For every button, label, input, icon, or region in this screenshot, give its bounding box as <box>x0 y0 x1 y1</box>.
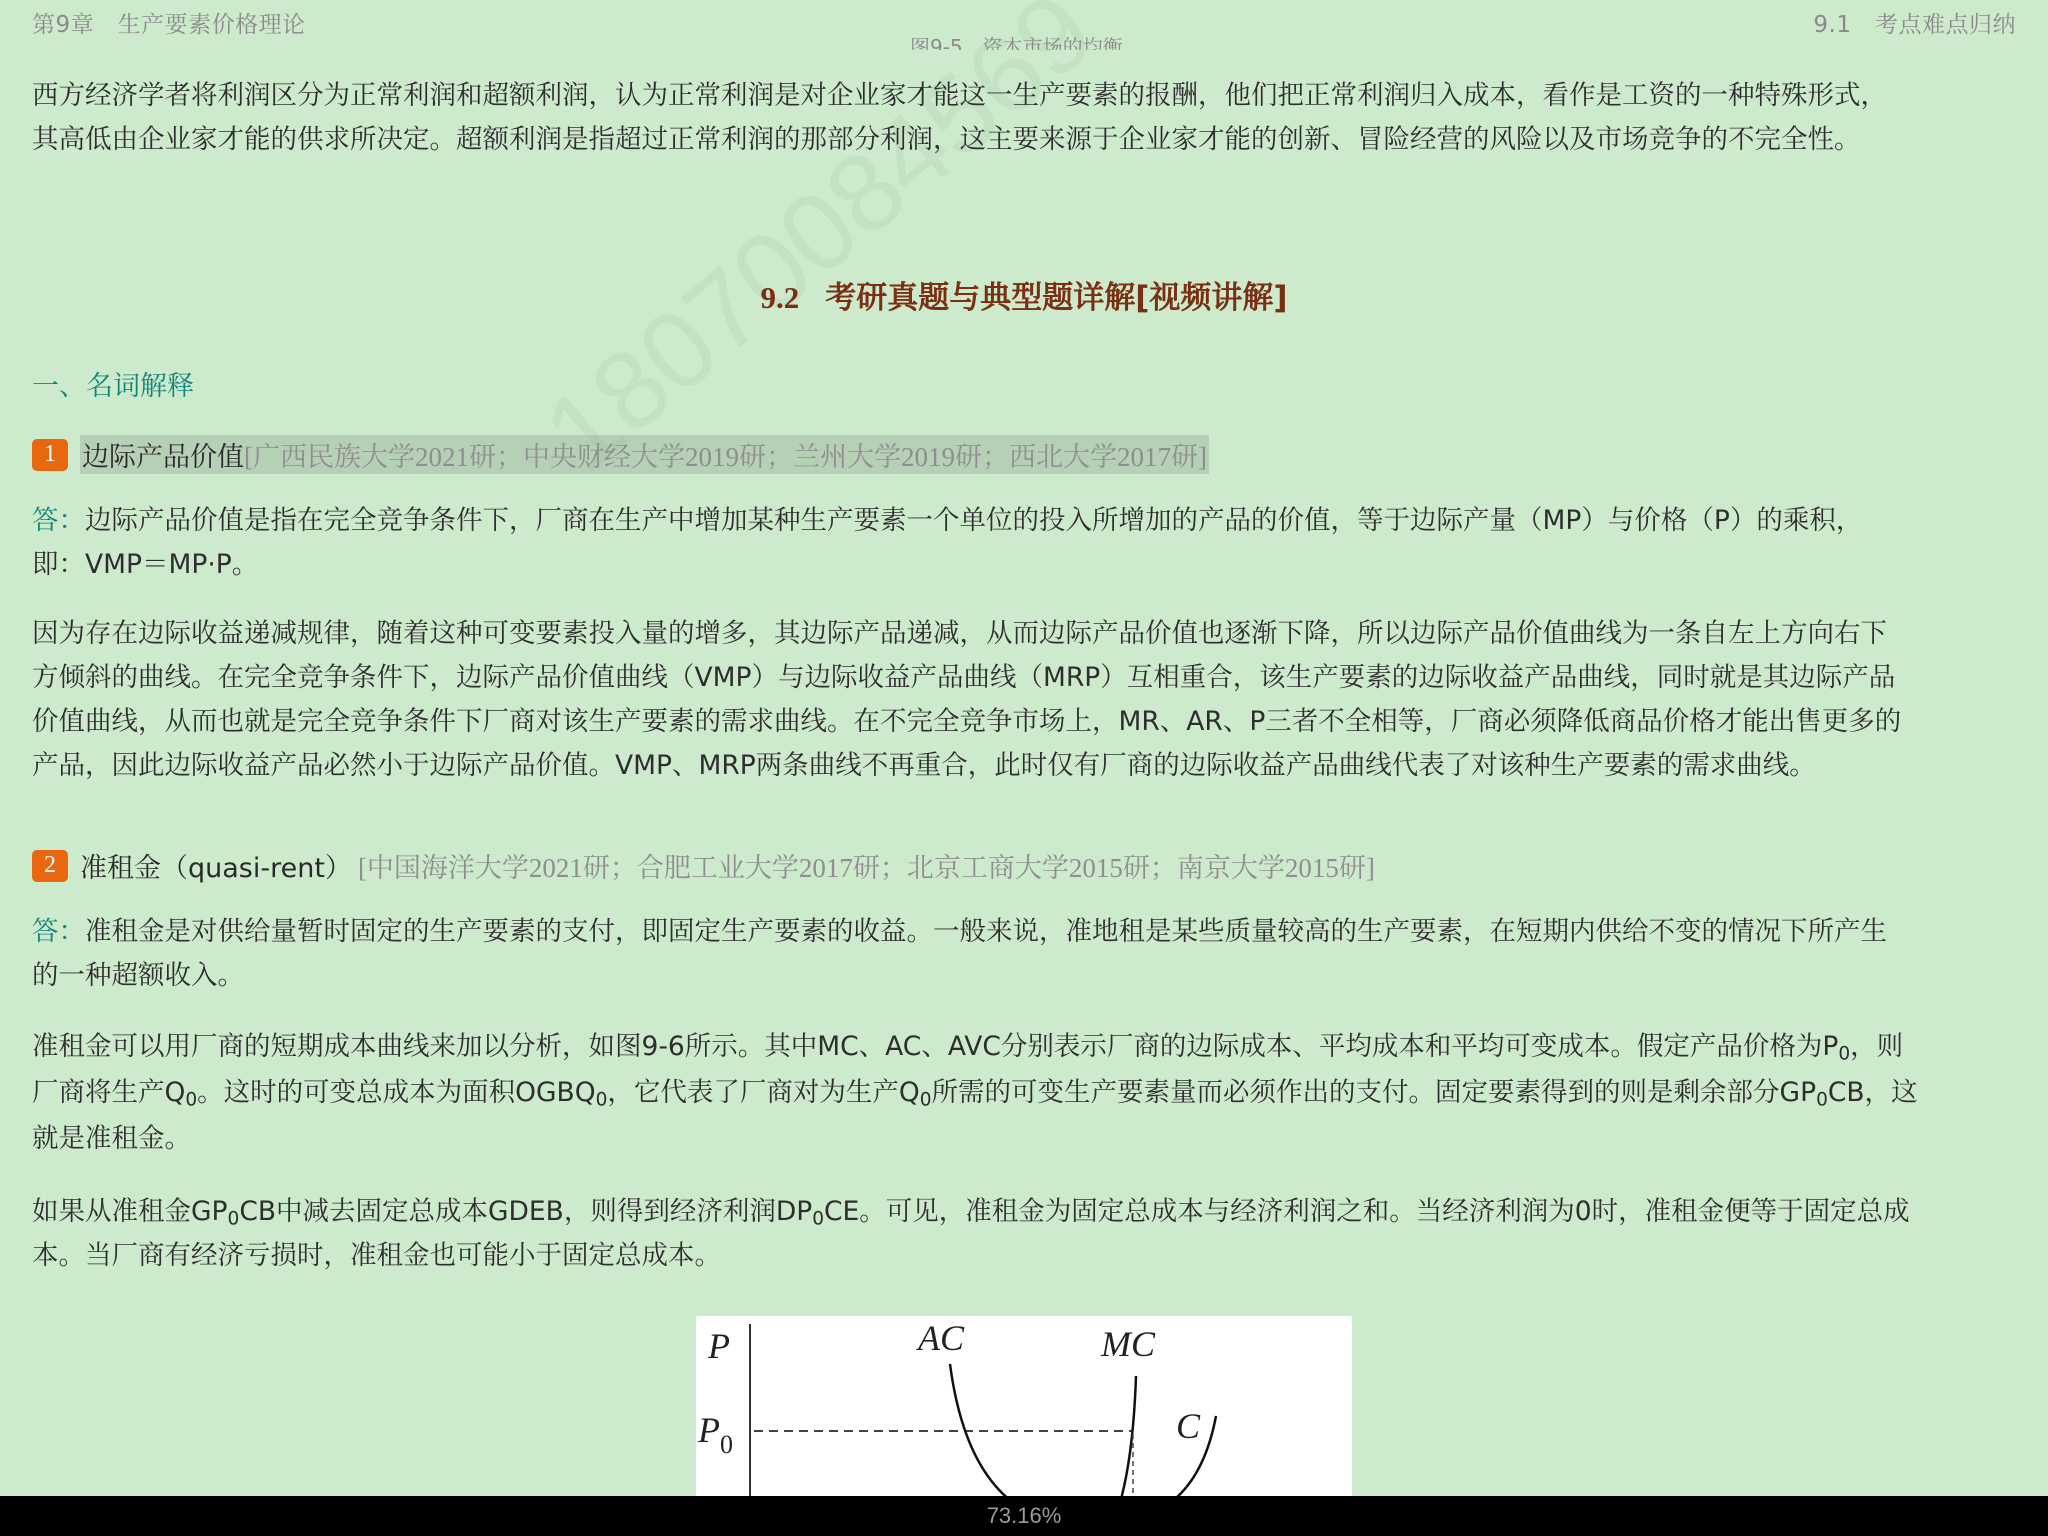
curve-label-ac: AC <box>916 1318 965 1358</box>
term-name: 准租金（quasi-rent） <box>80 846 352 885</box>
text-line: 西方经济学者将利润区分为正常利润和超额利润，认为正常利润是对企业家才能这一生产要… <box>32 74 2022 118</box>
text-line: 答：准租金是对供给量暂时固定的生产要素的支付，即固定生产要素的收益。一般来说，准… <box>32 910 2022 954</box>
answer-label: 答： <box>32 505 85 536</box>
price-subscript: 0 <box>720 1430 733 1459</box>
cost-curve-figure: P P 0 AC MC C E <box>696 1316 1352 1496</box>
term-name: 边际产品价值 <box>82 442 244 473</box>
section-title: 9.2考研真题与典型题详解[视频讲解] <box>0 272 2048 317</box>
text-line: 的一种超额收入。 <box>32 954 2022 998</box>
text-line: 厂商将生产Q0。这时的可变总成本为面积OGBQ0，它代表了厂商对为生产Q0所需的… <box>32 1070 2022 1116</box>
explanation-paragraph-3: 如果从准租金GP0CB中减去固定总成本GDEB，则得到经济利润DP0CE。可见，… <box>32 1190 2022 1278</box>
term-index-badge: 1 <box>32 439 68 471</box>
term-sources: [广西民族大学2021研；中央财经大学2019研；兰州大学2019研；西北大学2… <box>244 442 1207 472</box>
curve-label-mc: MC <box>1100 1324 1156 1364</box>
explanation-paragraph-1: 因为存在边际收益递减规律，随着这种可变要素投入量的增多，其边际产品递减，从而边际… <box>32 612 2022 788</box>
point-label-c: C <box>1176 1406 1201 1446</box>
price-label: P <box>697 1410 720 1450</box>
section-number: 9.2 <box>760 280 799 315</box>
intro-paragraph: 西方经济学者将利润区分为正常利润和超额利润，认为正常利润是对企业家才能这一生产要… <box>32 74 2022 162</box>
term-heading-2: 2 准租金（quasi-rent） [中国海洋大学2021研；合肥工业大学201… <box>32 846 1375 885</box>
text-line: 其高低由企业家才能的供求所决定。超额利润是指超过正常利润的那部分利润，这主要来源… <box>32 118 2022 162</box>
text-line: 本。当厂商有经济亏损时，准租金也可能小于固定总成本。 <box>32 1234 2022 1278</box>
term-sources: [中国海洋大学2021研；合肥工业大学2017研；北京工商大学2015研；南京大… <box>358 846 1375 885</box>
answer-paragraph-1: 答：边际产品价值是指在完全竞争条件下，厂商在生产中增加某种生产要素一个单位的投入… <box>32 499 2022 587</box>
section-heading-text: 考研真题与典型题详解[视频讲解] <box>825 280 1287 316</box>
subsection-title: 一、名词解释 <box>32 364 194 403</box>
text-line: 准租金可以用厂商的短期成本曲线来加以分析，如图9-6所示。其中MC、AC、AVC… <box>32 1024 2022 1070</box>
running-head-section: 9.1 考点难点归纳 <box>1813 6 2016 39</box>
text-line: 因为存在边际收益递减规律，随着这种可变要素投入量的增多，其边际产品递减，从而边际… <box>32 612 2022 656</box>
text-line: 如果从准租金GP0CB中减去固定总成本GDEB，则得到经济利润DP0CE。可见，… <box>32 1190 2022 1234</box>
axis-label-p: P <box>707 1326 730 1366</box>
figure-caption-fragment: 图9-5 资本市场的均衡 <box>910 30 1123 50</box>
zoom-status-bar: 73.16% <box>0 1496 2048 1536</box>
zoom-level: 73.16% <box>987 1503 1062 1528</box>
term-highlight: 边际产品价值[广西民族大学2021研；中央财经大学2019研；兰州大学2019研… <box>80 435 1209 474</box>
answer-label: 答： <box>32 916 85 947</box>
term-heading-1: 1 边际产品价值[广西民族大学2021研；中央财经大学2019研；兰州大学201… <box>32 435 1209 474</box>
text-line: 价值曲线，从而也就是完全竞争条件下厂商对该生产要素的需求曲线。在不完全竞争市场上… <box>32 700 2022 744</box>
cost-curves-diagram: P P 0 AC MC C E <box>696 1316 1352 1496</box>
text-line: 产品，因此边际收益产品必然小于边际产品价值。VMP、MRP两条曲线不再重合，此时… <box>32 744 2022 788</box>
explanation-paragraph-2: 准租金可以用厂商的短期成本曲线来加以分析，如图9-6所示。其中MC、AC、AVC… <box>32 1024 2022 1162</box>
text-line: 即：VMP＝MP·P。 <box>32 543 2022 587</box>
text-line: 方倾斜的曲线。在完全竞争条件下，边际产品价值曲线（VMP）与边际收益产品曲线（M… <box>32 656 2022 700</box>
document-page: 第9章 生产要素价格理论 9.1 考点难点归纳 图9-5 资本市场的均衡 180… <box>0 0 2048 1496</box>
answer-paragraph-2: 答：准租金是对供给量暂时固定的生产要素的支付，即固定生产要素的收益。一般来说，准… <box>32 910 2022 998</box>
text-line: 答：边际产品价值是指在完全竞争条件下，厂商在生产中增加某种生产要素一个单位的投入… <box>32 499 2022 543</box>
term-index-badge: 2 <box>32 850 68 882</box>
text-line: 就是准租金。 <box>32 1116 2022 1162</box>
running-head-chapter: 第9章 生产要素价格理论 <box>32 6 306 39</box>
